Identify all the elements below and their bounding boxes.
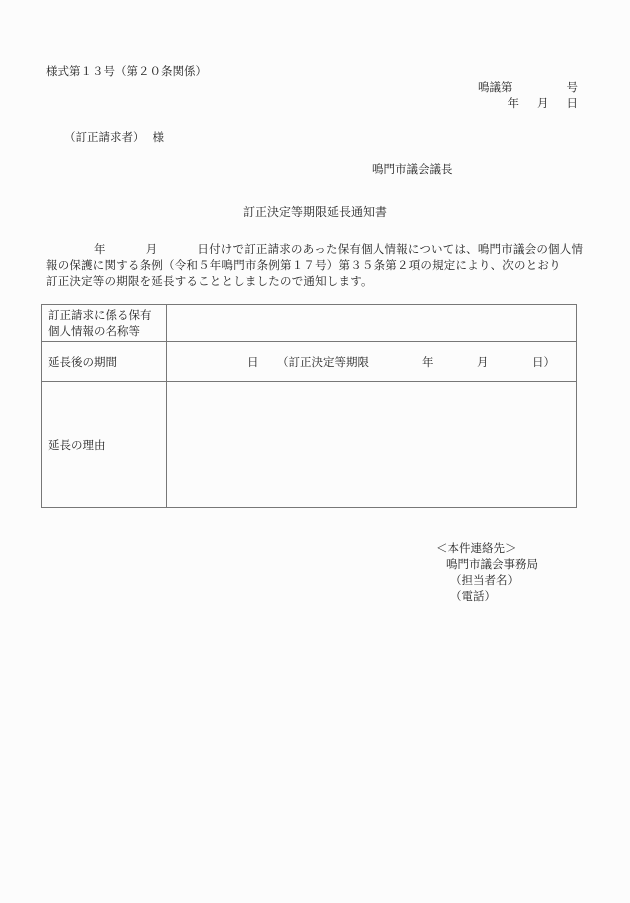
form-number: 様式第１３号（第２０条関係） (46, 64, 207, 79)
date-day: 日 (567, 96, 579, 110)
body-line-3: 訂正決定等の期限を延長することとしましたので通知します。 (46, 273, 582, 289)
label-reason: 延長の理由 (42, 382, 167, 508)
period-day-close: 日） (532, 354, 555, 370)
table-row-info-name: 訂正請求に係る保有 個人情報の名称等 (42, 305, 577, 342)
document-number: 鳴議第号 (478, 80, 578, 95)
doc-number-suffix: 号 (567, 80, 579, 94)
label-info-name-line-1: 訂正請求に係る保有 (48, 307, 160, 323)
value-info-name[interactable] (167, 305, 577, 342)
body-line-1-rest: 日付けで訂正請求のあった保有個人情報については、鳴門市議会の個人情 (197, 242, 583, 256)
contact-person: （担当者名） (436, 572, 538, 588)
document-title: 訂正決定等期限延長通知書 (0, 205, 630, 221)
body-line-2: 報の保護に関する条例（令和５年鳴門市条例第１７号）第３５条第２項の規定により、次… (46, 257, 582, 273)
date-year: 年 (508, 96, 520, 110)
recipient: （訂正請求者）様 (64, 130, 164, 145)
period-month: 月 (477, 354, 489, 370)
body-line-1: 年月日付けで訂正請求のあった保有個人情報については、鳴門市議会の個人情 (46, 241, 582, 257)
value-extended-period[interactable]: 日 （訂正決定等期限 年 月 日） (167, 342, 577, 382)
value-reason[interactable] (167, 382, 577, 508)
issue-date: 年月日 (508, 96, 579, 111)
recipient-name: （訂正請求者） (64, 130, 145, 144)
label-info-name-line-2: 個人情報の名称等 (48, 323, 160, 339)
period-deadline-label: （訂正決定等期限 (277, 354, 369, 370)
body-year: 年 (94, 242, 106, 256)
body-month: 月 (146, 242, 158, 256)
label-extended-period: 延長後の期間 (42, 342, 167, 382)
sender: 鳴門市議会議長 (372, 162, 453, 177)
contact-heading: ＜本件連絡先＞ (436, 540, 538, 556)
body-paragraph: 年月日付けで訂正請求のあった保有個人情報については、鳴門市議会の個人情 報の保護… (46, 241, 582, 289)
table-row-reason: 延長の理由 (42, 382, 577, 508)
period-year: 年 (422, 354, 434, 370)
label-info-name: 訂正請求に係る保有 個人情報の名称等 (42, 305, 167, 342)
doc-number-prefix: 鳴議第 (478, 80, 513, 94)
contact-office: 鳴門市議会事務局 (436, 556, 538, 572)
period-day: 日 (247, 354, 259, 370)
contact-info: ＜本件連絡先＞ 鳴門市議会事務局 （担当者名） （電話） (436, 540, 538, 604)
table-row-extended-period: 延長後の期間 日 （訂正決定等期限 年 月 日） (42, 342, 577, 382)
info-table: 訂正請求に係る保有 個人情報の名称等 延長後の期間 日 （訂正決定等期限 年 月… (41, 304, 577, 508)
date-month: 月 (537, 96, 549, 110)
contact-phone: （電話） (436, 588, 538, 604)
recipient-honorific: 様 (153, 130, 165, 144)
